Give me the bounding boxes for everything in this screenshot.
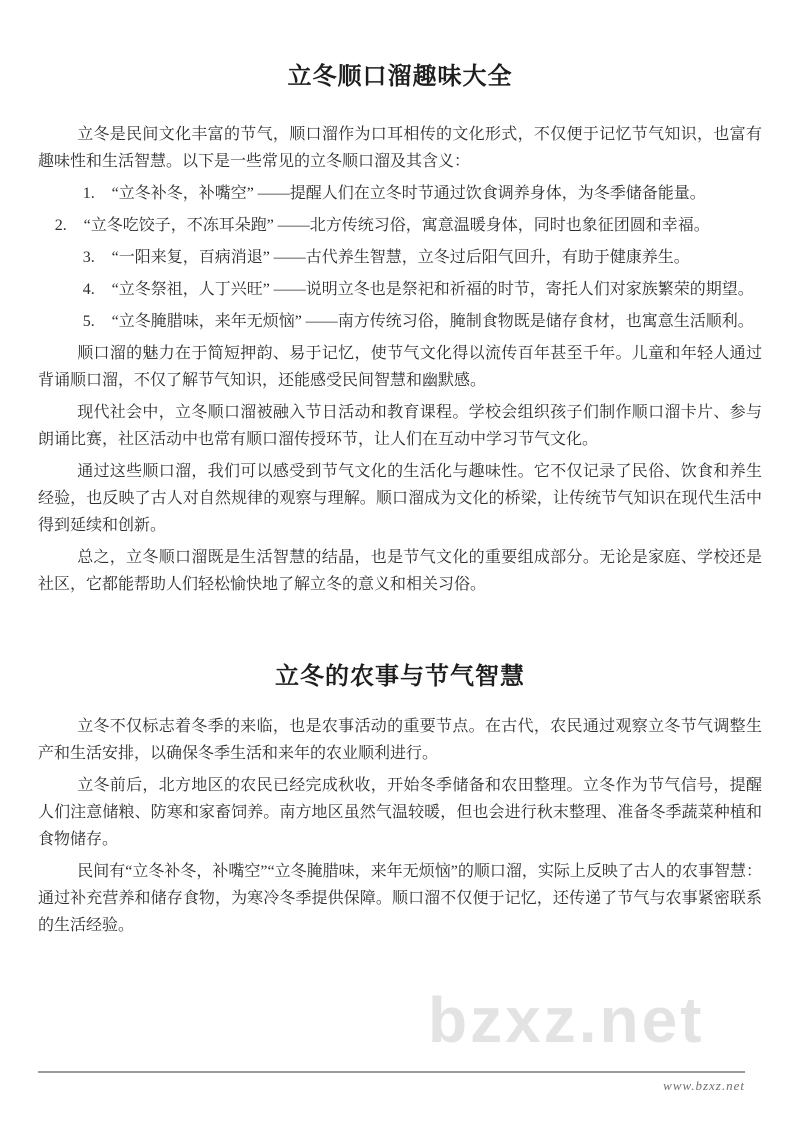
intro-paragraph: 立冬是民间文化丰富的节气，顺口溜作为口耳相传的文化形式，不仅便于记忆节气知识，也… <box>38 121 762 175</box>
watermark-text: bzxz.net <box>428 983 704 1057</box>
document-content: 立冬顺口溜趣味大全 立冬是民间文化丰富的节气，顺口溜作为口耳相传的文化形式，不仅… <box>0 0 800 939</box>
list-item-3: 3.“一阳来复，百病消退” ——古代养生智慧，立冬过后阳气回升，有助于健康养生。 <box>38 244 762 271</box>
footer-url: www.bzxz.net <box>38 1078 745 1094</box>
list-item-1-number: 1. <box>83 185 95 202</box>
list-item-1: 1.“立冬补冬，补嘴空” ——提醒人们在立冬时节通过饮食调养身体，为冬季储备能量… <box>38 180 762 207</box>
list-item-3-number: 3. <box>83 249 95 266</box>
body-paragraph: 立冬前后，北方地区的农民已经完成秋收，开始冬季储备和农田整理。立冬作为节气信号，… <box>38 772 762 853</box>
body-paragraph: 立冬不仅标志着冬季的来临，也是农事活动的重要节点。在古代，农民通过观察立冬节气调… <box>38 713 762 767</box>
section-farming: 立冬的农事与节气智慧 立冬不仅标志着冬季的来临，也是农事活动的重要节点。在古代，… <box>38 656 762 939</box>
list-item-5: 5.“立冬腌腊味，来年无烦恼” ——南方传统习俗，腌制食物既是储存食材，也寓意生… <box>38 308 762 335</box>
list-item-2-text: “立冬吃饺子，不冻耳朵跑” ——北方传统习俗，寓意温暖身体，同时也象征团圆和幸福… <box>84 217 710 234</box>
body-paragraph: 现代社会中，立冬顺口溜被融入节日活动和教育课程。学校会组织孩子们制作顺口溜卡片、… <box>38 399 762 453</box>
section-title-farming: 立冬的农事与节气智慧 <box>38 656 762 691</box>
list-item-4: 4.“立冬祭祖，人丁兴旺” ——说明立冬也是祭祀和祈福的时节，寄托人们对家族繁荣… <box>38 276 762 303</box>
body-paragraph: 民间有“立冬补冬，补嘴空”“立冬腌腊味，来年无烦恼”的顺口溜，实际上反映了古人的… <box>38 858 762 939</box>
list-item-2-number: 2. <box>55 217 67 234</box>
footer-divider <box>38 1071 745 1073</box>
section-rhymes: 立冬顺口溜趣味大全 立冬是民间文化丰富的节气，顺口溜作为口耳相传的文化形式，不仅… <box>38 56 762 598</box>
list-item-3-text: “一阳来复，百病消退” ——古代养生智慧，立冬过后阳气回升，有助于健康养生。 <box>112 249 690 266</box>
list-item-5-text: “立冬腌腊味，来年无烦恼” ——南方传统习俗，腌制食物既是储存食材，也寓意生活顺… <box>112 313 754 330</box>
body-paragraph: 总之，立冬顺口溜既是生活智慧的结晶，也是节气文化的重要组成部分。无论是家庭、学校… <box>38 544 762 598</box>
list-item-1-text: “立冬补冬，补嘴空” ——提醒人们在立冬时节通过饮食调养身体，为冬季储备能量。 <box>112 185 706 202</box>
body-paragraph: 顺口溜的魅力在于简短押韵、易于记忆，使节气文化得以流传百年甚至千年。儿童和年轻人… <box>38 340 762 394</box>
document-page: bzxz.net 立冬顺口溜趣味大全 立冬是民间文化丰富的节气，顺口溜作为口耳相… <box>0 0 800 1131</box>
list-item-4-number: 4. <box>83 281 95 298</box>
section-title-rhymes: 立冬顺口溜趣味大全 <box>38 56 762 91</box>
body-paragraph: 通过这些顺口溜，我们可以感受到节气文化的生活化与趣味性。它不仅记录了民俗、饮食和… <box>38 458 762 539</box>
list-item-2: 2.“立冬吃饺子，不冻耳朵跑” ——北方传统习俗，寓意温暖身体，同时也象征团圆和… <box>38 212 762 239</box>
list-item-5-number: 5. <box>83 313 95 330</box>
list-item-4-text: “立冬祭祖，人丁兴旺” ——说明立冬也是祭祀和祈福的时节，寄托人们对家族繁荣的期… <box>112 281 754 298</box>
